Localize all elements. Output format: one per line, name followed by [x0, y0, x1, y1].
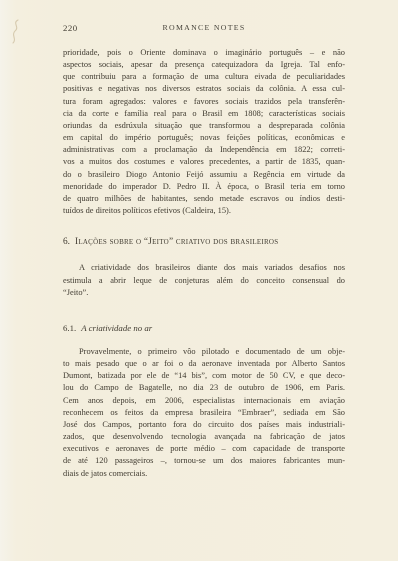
text-line: zados, que desenvolvendo tecnologia avan… [63, 431, 345, 443]
text-line: A criatividade dos brasileiros diante do… [63, 262, 345, 274]
text-line: positivas e negativas nos diversos estra… [63, 83, 345, 95]
text-line: José dos Campos, portanto fora do circui… [63, 419, 345, 431]
section-heading: 6.Ilações sobre o “Jeito” criativo dos b… [63, 236, 345, 248]
text-line: Dumont, batizada por ele de “14 bis”, co… [63, 370, 345, 382]
text-line: tuídos de direitos políticos efetivos (C… [63, 205, 345, 217]
text-line: diais de jatos comerciais. [63, 468, 345, 480]
text-line: Cem anos depois, em 2006, especialistas … [63, 395, 345, 407]
paragraph-colonial-history: prioridade, pois o Oriente dominava o im… [63, 47, 345, 217]
text-line: em capital do império português; novas f… [63, 132, 345, 144]
page-header: 220 ROMANCE NOTES [63, 22, 345, 33]
paragraph-criatividade: A criatividade dos brasileiros diante do… [63, 262, 345, 298]
text-line: administrativas com a proclamação da Ind… [63, 144, 345, 156]
section-title: Ilações sobre o “Jeito” criativo dos bra… [75, 237, 278, 247]
text-line: aspectos sociais, apesar da presença cat… [63, 59, 345, 71]
text-line: oriundas da esdrúxula situação que trans… [63, 120, 345, 132]
text-line: vos a muitos dos costumes e valores prec… [63, 156, 345, 168]
text-line: lou do Campo de Bagatelle, no dia 23 de … [63, 382, 345, 394]
text-line: reconhecem os feitos da empresa brasilei… [63, 407, 345, 419]
subsection-number: 6.1. [63, 323, 76, 333]
text-line: de até 120 passageiros –, tornou-se um d… [63, 455, 345, 467]
paragraph-santos-dumont: Provavelmente, o primeiro vôo pilotado e… [63, 346, 345, 480]
subsection-title: A criatividade no ar [81, 323, 152, 333]
text-line: cia da corte e família real para o Brasi… [63, 108, 345, 120]
subsection-heading: 6.1.A criatividade no ar [63, 322, 345, 334]
text-line: to mais pesado que o ar foi o da aeronav… [63, 358, 345, 370]
section-number: 6. [63, 237, 70, 247]
text-line: Provavelmente, o primeiro vôo pilotado e… [63, 346, 345, 358]
text-line: executivos e aeronaves de porte médio – … [63, 443, 345, 455]
text-line: tura foram agregados: valores e favores … [63, 96, 345, 108]
page-number: 220 [63, 22, 78, 34]
page-content: 220 ROMANCE NOTES prioridade, pois o Ori… [63, 22, 345, 480]
text-line: que contribuiu para a formação de uma cu… [63, 71, 345, 83]
scanned-book-page: 220 ROMANCE NOTES prioridade, pois o Ori… [0, 0, 398, 561]
text-line: “Jeito”. [63, 287, 345, 299]
text-line: menoridade do imperador D. Pedro II. À é… [63, 181, 345, 193]
running-title: ROMANCE NOTES [63, 22, 345, 34]
text-line: de quatro milhões de habitantes, sendo m… [63, 193, 345, 205]
text-line: prioridade, pois o Oriente dominava o im… [63, 47, 345, 59]
text-line: estimula a abrir leque de conjeturas alé… [63, 275, 345, 287]
pencil-squiggle-artifact [9, 19, 23, 47]
text-line: do o brasileiro Diogo Antonio Feijó assu… [63, 169, 345, 181]
